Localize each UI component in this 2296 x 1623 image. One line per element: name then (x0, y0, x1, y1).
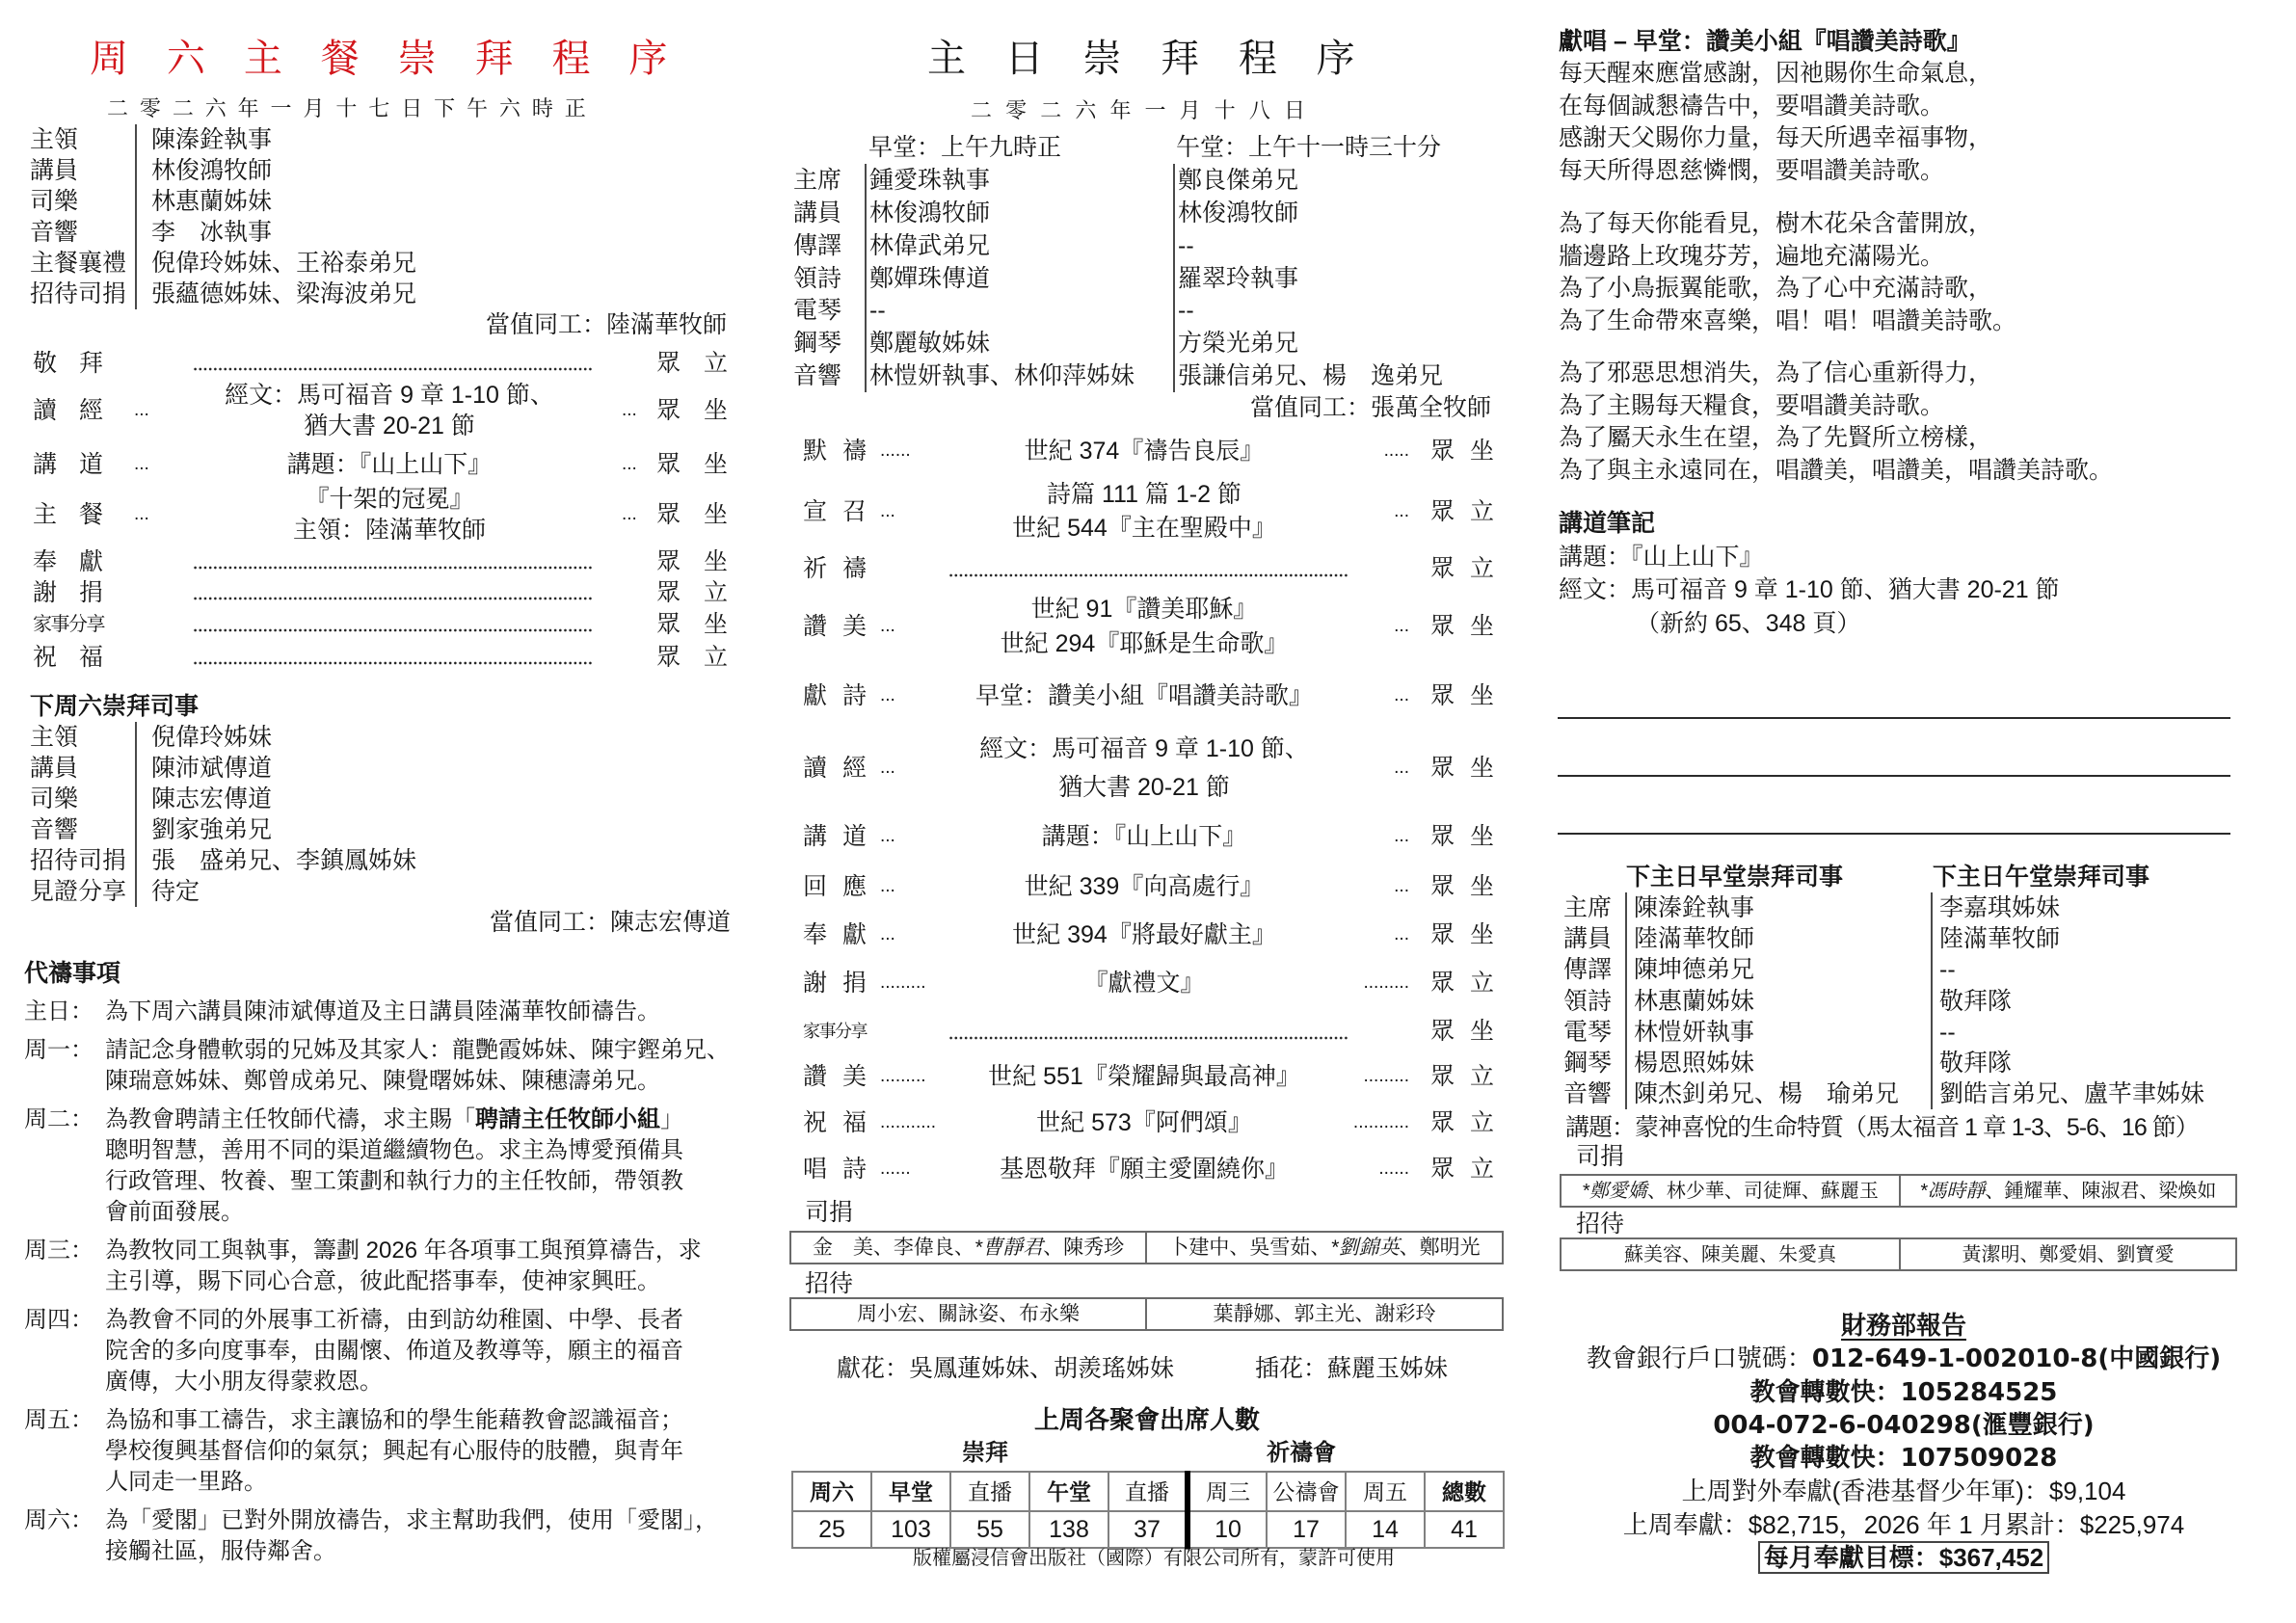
order-label: 家事分享 (33, 609, 104, 640)
role-value: 劉家強弟兄 (135, 814, 272, 845)
bank-account-line: 教會銀行戶口號碼：012-649-1-002010-8(中國銀行) (1542, 1342, 2265, 1375)
order-row: 讀 經 ... 經文：馬可福音 9 章 1-10 節、猶大書 20-21 節 .… (33, 380, 727, 441)
order-row: 謝 捐 ......... 『獻禮文』 ......... 眾 立 (803, 968, 1491, 998)
prayer-line: 為教會不同的外展事工祈禱，由到訪幼稚園、中學、長者 (105, 1305, 683, 1336)
order-label: 謝 捐 (33, 577, 102, 608)
posture: 眾 坐 (1430, 436, 1490, 466)
order-label: 奉 獻 (803, 919, 863, 950)
trailer-dots: ... (1394, 871, 1409, 902)
early-role-value: 陳溱銓執事 (1625, 892, 1931, 923)
next-saturday-title: 下周六崇拜司事 (30, 691, 199, 722)
early-offering-cell: *鄭愛嬌、林少華、司徒輝、蘇麗玉 (1562, 1176, 1901, 1206)
next-reception-label: 招待 (1576, 1209, 1624, 1239)
hsbc-account-number: 004-072-6-040298(滙豐銀行) (1542, 1409, 2265, 1442)
posture: 眾 立 (1430, 968, 1490, 998)
lyric-line: 為了每天你能看見，樹木花朵含蕾開放， (1559, 208, 2016, 241)
late-role-value: -- (1173, 229, 1194, 262)
content-line: 講題：『山上山下』 (1042, 821, 1247, 852)
order-content: 世紀 551『榮耀歸與最高神』 (925, 1061, 1363, 1092)
trailer-dots: ... (1394, 919, 1409, 950)
order-row: 講 道 ... 講題：『山上山下』 ... 眾 坐 (33, 449, 727, 480)
order-row: 讚 美 ......... 世紀 551『榮耀歸與最高神』 ......... … (803, 1061, 1491, 1092)
next-offering-label: 司捐 (1576, 1141, 1624, 1172)
reception-label: 招待 (805, 1268, 853, 1299)
monthly-offering-target: 每月奉獻目標：$367,452 (1758, 1541, 2049, 1574)
posture: 眾 立 (656, 348, 728, 379)
posture: 眾 立 (1430, 1107, 1490, 1138)
order-content: 『十架的冠冕』主領：陸滿華牧師 (193, 484, 586, 545)
name-list: 卜建中、吳雪茹、 (1168, 1233, 1330, 1264)
content-line: 基恩敬拜『願主愛圍繞你』 (1000, 1154, 1289, 1184)
order-label: 回 應 (803, 871, 863, 902)
prayer-title: 代禱事項 (24, 958, 120, 989)
role-row: 傳譯林偉武弟兄-- (793, 229, 1443, 262)
role-label: 主席 (1563, 892, 1625, 923)
lyric-line: 為了與主永遠同在，唱讚美，唱讚美，唱讚美詩歌。 (1559, 455, 2113, 488)
trailer-dots: ... (1394, 680, 1409, 711)
fps-id-2: 教會轉數快：107509028 (1542, 1442, 2265, 1475)
prayer-line: 廣傳，大小朋友得蒙救恩。 (105, 1367, 683, 1397)
role-row: 音響林愷妍執事、林仰萍姊妹張謙信弟兄、楊 逸弟兄 (793, 359, 1443, 392)
prayer-line: 為教會聘請主任牧師代禱，求主賜「聘請主任牧師小組」 (105, 1104, 683, 1135)
role-row: 音響李 冰執事 (30, 217, 416, 248)
role-row: 主席陳溱銓執事李嘉琪姊妹 (1563, 892, 2204, 923)
content-line: 經文：馬可福音 9 章 1-10 節、 (979, 730, 1309, 768)
early-role-value: 林俊鴻牧師 (865, 197, 1173, 229)
prayer-day: 周三： (24, 1236, 105, 1297)
late-role-value: 羅翠玲執事 (1173, 262, 1298, 295)
role-value: 張 盛弟兄、李鎮鳳姊妹 (135, 845, 416, 876)
attendance-value: 55 (950, 1511, 1029, 1548)
trailer-dots: ......... (1363, 1061, 1409, 1092)
leader-dots: ......... (880, 968, 926, 998)
attendance-header: 周六 (792, 1472, 871, 1511)
role-value: 李 冰執事 (135, 217, 272, 248)
saturday-service-date: 二 零 二 六 年 一 月 十 七 日 下 午 六 時 正 (107, 97, 589, 120)
role-value: 陳沛斌傳道 (135, 753, 272, 784)
order-row: 祈 禱 眾 立 (803, 553, 1491, 584)
early-role-value: 陳杰釗弟兄、楊 瑜弟兄 (1625, 1078, 1931, 1109)
posture: 眾 坐 (1430, 592, 1490, 661)
prayer-item: 周二： 為教會聘請主任牧師代禱，求主賜「聘請主任牧師小組」 聰明智慧，善用不同的… (24, 1104, 730, 1228)
order-content: 經文：馬可福音 9 章 1-10 節、猶大書 20-21 節 (925, 730, 1363, 807)
leader-dots: ...... (880, 436, 911, 466)
copyright-notice: 版權屬浸信會出版社（國際）有限公司所有，蒙許可使用 (913, 1547, 1395, 1570)
leader-dots: ......... (880, 1061, 926, 1092)
early-service-time: 早堂：上午九時正 (868, 132, 1061, 163)
early-role-value: 鍾愛珠執事 (865, 164, 1173, 197)
role-label: 領詩 (1563, 986, 1625, 1017)
leader-name: *馮時靜 (1920, 1176, 1986, 1207)
prayer-line: 行政管理、牧養、聖工策劃和執行力的主任牧師，帶領教 (105, 1166, 683, 1197)
prayer-line: 人同走一里路。 (105, 1467, 683, 1498)
attendance-header: 早堂 (871, 1472, 950, 1511)
early-role-value: 林愷妍執事 (1625, 1017, 1931, 1048)
offering-label: 司捐 (805, 1197, 853, 1228)
leader-dots: ... (134, 484, 149, 545)
name-list: 、鍾耀華、陳淑君、梁煥如 (1985, 1176, 2216, 1207)
trailer-dots: ........... (1353, 1107, 1409, 1138)
saturday-roles-table: 主領陳溱銓執事 講員林俊鴻牧師 司樂林惠蘭姊妹 音響李 冰執事 主餐襄禮倪偉玲姊… (30, 124, 416, 309)
order-row: 主 餐 ... 『十架的冠冕』主領：陸滿華牧師 ... 眾 坐 (33, 484, 727, 545)
dot-leader (193, 367, 592, 371)
prayer-text: 為下周六講員陳沛斌傳道及主日講員陸滿華牧師禱告。 (105, 997, 660, 1027)
attendance-value-row: 25 103 55 138 37 10 17 14 41 (792, 1511, 1504, 1548)
prayer-emphasis: 聘請主任牧師小組 (475, 1106, 660, 1132)
lyric-line: 每天所得恩慈憐憫，要唱讚美詩歌。 (1559, 155, 1992, 188)
order-row: 祝 福 ........... 世紀 573『阿們頌』 ........... … (803, 1107, 1491, 1138)
posture: 眾 立 (656, 642, 728, 673)
note-line (1558, 717, 2230, 719)
content-line: 世紀 551『榮耀歸與最高神』 (988, 1061, 1300, 1092)
order-label: 主 餐 (33, 484, 102, 545)
attendance-value: 25 (792, 1511, 871, 1548)
prayer-item: 周四： 為教會不同的外展事工祈禱，由到訪幼稚園、中學、長者院舍的多向度事奉，由關… (24, 1305, 730, 1397)
order-content: 早堂：讚美小組『唱讚美詩歌』 (925, 680, 1363, 711)
attendance-header: 公禱會 (1267, 1472, 1346, 1511)
sermon-topic: 講題：『山上山下』 (1559, 542, 1764, 572)
role-row: 傳譯陳坤德弟兄-- (1563, 954, 2204, 985)
role-value: 待定 (135, 876, 200, 907)
attendance-title: 上周各聚會出席人數 (954, 1403, 1340, 1436)
bank-account-label: 教會銀行戶口號碼： (1587, 1344, 1812, 1372)
early-role-value: 陳坤德弟兄 (1625, 954, 1931, 985)
early-role-value: 楊恩照姊妹 (1625, 1048, 1931, 1078)
late-role-value: -- (1931, 954, 1956, 985)
order-row: 家事分享 眾 坐 (803, 1016, 1491, 1047)
role-row: 招待司捐張 盛弟兄、李鎮鳳姊妹 (30, 845, 416, 876)
role-label: 主席 (793, 164, 865, 197)
role-row: 司樂陳志宏傳道 (30, 784, 416, 814)
finance-title-line: 財務部報告 (1542, 1309, 2265, 1342)
dot-leader (193, 628, 592, 632)
next-sunday-early-title: 下主日早堂崇拜司事 (1626, 862, 1843, 892)
content-line: 詩篇 111 篇 1-2 節 (1047, 478, 1241, 512)
order-label: 祈 禱 (803, 553, 863, 584)
posture: 眾 坐 (656, 449, 728, 480)
order-row: 唱 詩 ...... 基恩敬拜『願主愛圍繞你』 ...... 眾 立 (803, 1154, 1491, 1184)
lyric-line: 為了屬天永生在望，為了先賢所立榜樣， (1559, 422, 2113, 455)
prayer-line: 為「愛閣」已對外開放禱告，求主幫助我們，使用「愛閣」， (105, 1505, 718, 1536)
role-row: 見證分享待定 (30, 876, 416, 907)
late-role-value: 鄭良傑弟兄 (1173, 164, 1298, 197)
attendance-header-row: 周六 早堂 直播 午堂 直播 周三 公禱會 周五 總數 (792, 1472, 1504, 1511)
order-content: 基恩敬拜『願主愛圍繞你』 (925, 1154, 1363, 1184)
content-line: 『獻禮文』 (1083, 968, 1204, 998)
anthem-title: 獻唱 – 早堂：讚美小組『唱讚美詩歌』 (1559, 26, 1971, 57)
order-row: 謝 捐 眾 立 (33, 577, 727, 608)
prayer-item: 周一： 請記念身體軟弱的兄姊及其家人：龍艷霞姊妹、陳宇鏗弟兄、陳瑞意姊妹、鄭曾成… (24, 1035, 730, 1097)
content-line: 主領：陸滿華牧師 (293, 515, 486, 545)
late-offering-cell: *馮時靜、鍾耀華、陳淑君、梁煥如 (1901, 1176, 2235, 1206)
content-line: 世紀 294『耶穌是生命歌』 (1001, 626, 1289, 661)
prayer-line: 聰明智慧，善用不同的渠道繼續物色。求主為博愛預備具 (105, 1135, 683, 1166)
lyric-line: 每天醒來應當感謝，因祂賜你生命氣息， (1559, 58, 1992, 91)
attendance-group-worship: 崇拜 (927, 1438, 1043, 1469)
sermon-scripture: 經文：馬可福音 9 章 1-10 節、猶大書 20-21 節 (1559, 574, 2060, 605)
role-label: 鋼琴 (1563, 1048, 1625, 1078)
content-line: 世紀 394『將最好獻主』 (1012, 919, 1276, 950)
role-value: 倪偉玲姊妹 (135, 722, 272, 753)
prayer-text: 為協和事工禱告，求主讓協和的學生能藉教會認識福音；學校復興基督信仰的氣氛；興起有… (105, 1405, 683, 1498)
role-row: 主餐襄禮倪偉玲姊妹、王裕泰弟兄 (30, 248, 416, 279)
order-content: 『獻禮文』 (925, 968, 1363, 998)
order-row: 宣 召 ... 詩篇 111 篇 1-2 節世紀 544『主在聖殿中』 ... … (803, 478, 1491, 545)
prayer-day: 周五： (24, 1405, 105, 1498)
role-row: 主領倪偉玲姊妹 (30, 722, 416, 753)
leader-dots: ...... (880, 1154, 911, 1184)
trailer-dots: ... (1394, 821, 1409, 852)
leader-dots: ... (880, 478, 895, 545)
dot-leader (948, 1036, 1348, 1040)
order-label: 讀 經 (803, 730, 863, 807)
role-label: 領詩 (793, 262, 865, 295)
order-label: 讚 美 (803, 592, 863, 661)
content-line: 經文：馬可福音 9 章 1-10 節、 (225, 380, 554, 411)
order-content: 世紀 374『禱告良辰』 (925, 436, 1363, 466)
lyric-line: 為了主賜每天糧食，要唱讚美詩歌。 (1559, 390, 2113, 423)
order-label: 獻 詩 (803, 680, 863, 711)
early-role-value: 鄭麗敏姊妹 (865, 327, 1173, 359)
leader-dots: ... (880, 821, 895, 852)
prayer-text-segment: 」 (660, 1106, 683, 1132)
role-label: 主餐襄禮 (30, 248, 135, 279)
prayer-text: 為「愛閣」已對外開放禱告，求主幫助我們，使用「愛閣」，接觸社區，服侍鄰舍。 (105, 1505, 718, 1567)
late-role-value: 敬拜隊 (1931, 1048, 2012, 1078)
late-role-value: 李嘉琪姊妹 (1931, 892, 2060, 923)
boc-account-number: 012-649-1-002010-8(中國銀行) (1812, 1344, 2221, 1373)
early-reception-cell: 蘇美容、陳美麗、朱愛真 (1562, 1239, 1901, 1269)
attendance-header: 周三 (1188, 1472, 1267, 1511)
order-row: 默 禱 ...... 世紀 374『禱告良辰』 ..... 眾 坐 (803, 436, 1491, 466)
late-role-value: 方榮光弟兄 (1173, 327, 1298, 359)
trailer-dots: ... (622, 484, 637, 545)
leader-dots: ... (134, 449, 149, 480)
order-content: 世紀 573『阿們頌』 (925, 1107, 1363, 1138)
prayer-item: 主日： 為下周六講員陳沛斌傳道及主日講員陸滿華牧師禱告。 (24, 997, 730, 1027)
order-content: 講題：『山上山下』 (925, 821, 1363, 852)
role-value: 林惠蘭姊妹 (135, 186, 272, 217)
order-content: 世紀 91『讚美耶穌』世紀 294『耶穌是生命歌』 (925, 592, 1363, 661)
order-row: 回 應 ... 世紀 339『向高處行』 ... 眾 坐 (803, 871, 1491, 902)
prayer-line: 會前面發展。 (105, 1197, 683, 1228)
prayer-item: 周三： 為教牧同工與執事，籌劃 2026 年各項事工與預算禱告，求主引導，賜下同… (24, 1236, 730, 1297)
role-label: 電琴 (793, 294, 865, 327)
role-label: 音響 (793, 359, 865, 392)
early-role-value: 林惠蘭姊妹 (1625, 986, 1931, 1017)
finance-report: 財務部報告 教會銀行戶口號碼：012-649-1-002010-8(中國銀行) … (1542, 1309, 2265, 1574)
leader-dots: ... (134, 380, 149, 441)
posture: 眾 坐 (1430, 1016, 1490, 1047)
order-row: 獻 詩 ... 早堂：讚美小組『唱讚美詩歌』 ... 眾 坐 (803, 680, 1491, 711)
role-label: 講員 (793, 197, 865, 229)
role-row: 領詩鄭嬋珠傳道羅翠玲執事 (793, 262, 1443, 295)
name-list: 、鄭明光 (1400, 1233, 1481, 1264)
attendance-group-prayer: 祈禱會 (1243, 1438, 1359, 1469)
prayer-line: 院舍的多向度事奉，由關懷、佈道及教導等，願主的福音 (105, 1336, 683, 1367)
order-content: 世紀 339『向高處行』 (925, 871, 1363, 902)
order-label: 祝 福 (33, 642, 102, 673)
posture: 眾 坐 (656, 546, 728, 577)
role-value: 倪偉玲姊妹、王裕泰弟兄 (135, 248, 416, 279)
order-row: 奉 獻 眾 坐 (33, 546, 727, 577)
late-role-value: 陸滿華牧師 (1931, 923, 2060, 954)
external-offering: 上周對外奉獻(香港基督少年軍)：$9,104 (1542, 1475, 2265, 1507)
role-row: 主領陳溱銓執事 (30, 124, 416, 155)
name-list: 金 美、李偉良、 (813, 1233, 974, 1264)
role-row: 鋼琴楊恩照姊妹敬拜隊 (1563, 1048, 2204, 1078)
dot-leader (193, 597, 592, 600)
role-row: 講員林俊鴻牧師林俊鴻牧師 (793, 197, 1443, 229)
prayer-text: 為教會聘請主任牧師代禱，求主賜「聘請主任牧師小組」 聰明智慧，善用不同的渠道繼續… (105, 1104, 683, 1228)
trailer-dots: ... (1394, 592, 1409, 661)
prayer-item: 周五： 為協和事工禱告，求主讓協和的學生能藉教會認識福音；學校復興基督信仰的氣氛… (24, 1405, 730, 1498)
sunday-service-title: 主 日 崇 拜 程 序 (927, 38, 1369, 80)
role-row: 招待司捐張蘊德姊妹、梁海波弟兄 (30, 279, 416, 309)
content-line: 『十架的冠冕』 (305, 484, 473, 515)
trailer-dots: ......... (1363, 968, 1409, 998)
leader-name: *曹靜君 (974, 1233, 1043, 1264)
role-row: 司樂林惠蘭姊妹 (30, 186, 416, 217)
posture: 眾 坐 (656, 484, 728, 545)
saturday-service-title: 周 六 主 餐 崇 拜 程 序 (90, 38, 681, 80)
name-list: 、林少華、司徒輝、蘇麗玉 (1647, 1176, 1879, 1207)
leader-dots: ... (880, 919, 895, 950)
role-label: 音響 (30, 217, 135, 248)
lyrics-stanza: 為了邪惡思想消失，為了信心重新得力， 為了主賜每天糧食，要唱讚美詩歌。 為了屬天… (1559, 358, 2113, 488)
prayer-list: 主日： 為下周六講員陳沛斌傳道及主日講員陸滿華牧師禱告。 周一： 請記念身體軟弱… (24, 997, 730, 1575)
order-row: 敬 拜 眾 立 (33, 348, 727, 379)
order-content: 經文：馬可福音 9 章 1-10 節、猶大書 20-21 節 (193, 380, 586, 441)
role-value: 陳志宏傳道 (135, 784, 272, 814)
order-label: 讀 經 (33, 380, 102, 441)
sunday-service-date: 二 零 二 六 年 一 月 十 八 日 (971, 99, 1309, 122)
role-label: 電琴 (1563, 1017, 1625, 1048)
role-label: 講員 (30, 753, 135, 784)
leader-dots: ... (880, 592, 895, 661)
note-line (1558, 833, 2230, 835)
content-line: 世紀 91『讚美耶穌』 (1031, 592, 1258, 626)
prayer-line: 請記念身體軟弱的兄姊及其家人：龍艷霞姊妹、陳宇鏗弟兄、 (105, 1035, 730, 1066)
role-value: 張蘊德姊妹、梁海波弟兄 (135, 279, 416, 309)
prayer-text: 為教牧同工與執事，籌劃 2026 年各項事工與預算禱告，求主引導，賜下同心合意，… (105, 1236, 702, 1297)
role-label: 主領 (30, 124, 135, 155)
content-line: 猶大書 20-21 節 (304, 411, 475, 441)
content-line: 講題：『山上山下』 (287, 449, 493, 480)
fps-id-1: 教會轉數快：105284525 (1542, 1376, 2265, 1409)
reception-table: 周小宏、關詠姿、布永樂 葉靜娜、郭主光、謝彩玲 (789, 1297, 1504, 1331)
role-label: 招待司捐 (30, 845, 135, 876)
posture: 眾 坐 (1430, 919, 1490, 950)
role-label: 司樂 (30, 784, 135, 814)
prayer-line: 接觸社區，服侍鄰舍。 (105, 1536, 718, 1567)
note-line (1558, 775, 2230, 777)
order-label: 奉 獻 (33, 546, 102, 577)
prayer-day: 周六： (24, 1505, 105, 1567)
late-role-value: 張謙信弟兄、楊 逸弟兄 (1173, 359, 1443, 392)
posture: 眾 坐 (656, 380, 728, 441)
finance-title: 財務部報告 (1841, 1311, 1966, 1340)
role-row: 講員陸滿華牧師陸滿華牧師 (1563, 923, 2204, 954)
role-label: 鋼琴 (793, 327, 865, 359)
dot-leader (193, 566, 592, 570)
name-list: 、陳秀珍 (1043, 1233, 1124, 1264)
attendance-value: 41 (1425, 1511, 1504, 1548)
late-reception-cell: 葉靜娜、郭主光、謝彩玲 (1147, 1299, 1502, 1329)
content-line: 早堂：讚美小組『唱讚美詩歌』 (975, 680, 1313, 711)
order-row: 奉 獻 ... 世紀 394『將最好獻主』 ... 眾 坐 (803, 919, 1491, 950)
order-label: 家事分享 (803, 1016, 867, 1047)
next-offering-table: *鄭愛嬌、林少華、司徒輝、蘇麗玉 *馮時靜、鍾耀華、陳淑君、梁煥如 (1560, 1174, 2237, 1208)
prayer-line: 學校復興基督信仰的氣氛；興起有心服侍的肢體，與青年 (105, 1436, 683, 1467)
role-row: 音響陳杰釗弟兄、楊 瑜弟兄劉皓言弟兄、盧芊聿姊妹 (1563, 1078, 2204, 1109)
role-row: 鋼琴鄭麗敏姊妹方榮光弟兄 (793, 327, 1443, 359)
order-content: 講題：『山上山下』 (193, 449, 586, 480)
prayer-text-segment: 為教會聘請主任牧師代禱，求主賜「 (105, 1106, 475, 1132)
attendance-value: 103 (871, 1511, 950, 1548)
order-row: 讚 美 ... 世紀 91『讚美耶穌』世紀 294『耶穌是生命歌』 ... 眾 … (803, 592, 1491, 661)
offering-table: 金 美、李偉良、*曹靜君、陳秀珍 卜建中、吳雪茹、*劉錦英、鄭明光 (789, 1231, 1504, 1264)
sunday-duty-staff: 當值同工：張萬全牧師 (1157, 392, 1491, 423)
early-role-value: -- (865, 294, 1173, 327)
content-line: 世紀 374『禱告良辰』 (1025, 436, 1265, 466)
posture: 眾 立 (1430, 553, 1490, 584)
prayer-line: 陳瑞意姊妹、鄭曾成弟兄、陳覺曙姊妹、陳穗濤弟兄。 (105, 1066, 730, 1097)
role-label: 見證分享 (30, 876, 135, 907)
attendance-value: 37 (1108, 1511, 1188, 1548)
sermon-pages: （新約 65、348 頁） (1636, 608, 1860, 639)
trailer-dots: ... (622, 380, 637, 441)
prayer-line: 為下周六講員陳沛斌傳道及主日講員陸滿華牧師禱告。 (105, 997, 660, 1027)
role-value: 陳溱銓執事 (135, 124, 272, 155)
order-label: 祝 福 (803, 1107, 863, 1138)
order-label: 默 禱 (803, 436, 863, 466)
late-role-value: 敬拜隊 (1931, 986, 2012, 1017)
role-label: 主領 (30, 722, 135, 753)
early-role-value: 林偉武弟兄 (865, 229, 1173, 262)
next-sunday-topic: 講題：蒙神喜悅的生命特質（馬太福音 1 章 1-3、5-6、16 節） (1565, 1112, 2199, 1143)
role-row: 領詩林惠蘭姊妹敬拜隊 (1563, 986, 2204, 1017)
attendance-header: 周五 (1346, 1472, 1425, 1511)
prayer-day: 周四： (24, 1305, 105, 1397)
role-label: 講員 (1563, 923, 1625, 954)
early-role-value: 陸滿華牧師 (1625, 923, 1931, 954)
posture: 眾 立 (1430, 1154, 1490, 1184)
attendance-header: 直播 (950, 1472, 1029, 1511)
next-saturday-duty-staff: 當值同工：陳志宏傳道 (386, 907, 731, 938)
flower-arrangement: 插花：蘇麗玉姊妹 (1255, 1353, 1448, 1384)
late-role-value: 劉皓言弟兄、盧芊聿姊妹 (1931, 1078, 2204, 1109)
order-row: 讀 經 ... 經文：馬可福音 9 章 1-10 節、猶大書 20-21 節 .… (803, 730, 1491, 807)
role-row: 講員林俊鴻牧師 (30, 155, 416, 186)
content-line: 世紀 573『阿們頌』 (1036, 1107, 1252, 1138)
role-label: 傳譯 (1563, 954, 1625, 985)
order-content: 詩篇 111 篇 1-2 節世紀 544『主在聖殿中』 (925, 478, 1363, 545)
dot-leader (948, 573, 1348, 577)
trailer-dots: ..... (1384, 436, 1409, 466)
role-row: 音響劉家強弟兄 (30, 814, 416, 845)
order-row: 祝 福 眾 立 (33, 642, 727, 673)
monthly-target-line: 每月奉獻目標：$367,452 (1542, 1541, 2265, 1574)
role-label: 音響 (30, 814, 135, 845)
prayer-day: 周二： (24, 1104, 105, 1228)
posture: 眾 坐 (1430, 680, 1490, 711)
order-label: 讚 美 (803, 1061, 863, 1092)
role-label: 傳譯 (793, 229, 865, 262)
lyric-line: 為了生命帶來喜樂，唱！唱！唱讚美詩歌。 (1559, 306, 2016, 338)
prayer-line: 為協和事工禱告，求主讓協和的學生能藉教會認識福音； (105, 1405, 683, 1436)
early-reception-cell: 周小宏、關詠姿、布永樂 (791, 1299, 1147, 1329)
